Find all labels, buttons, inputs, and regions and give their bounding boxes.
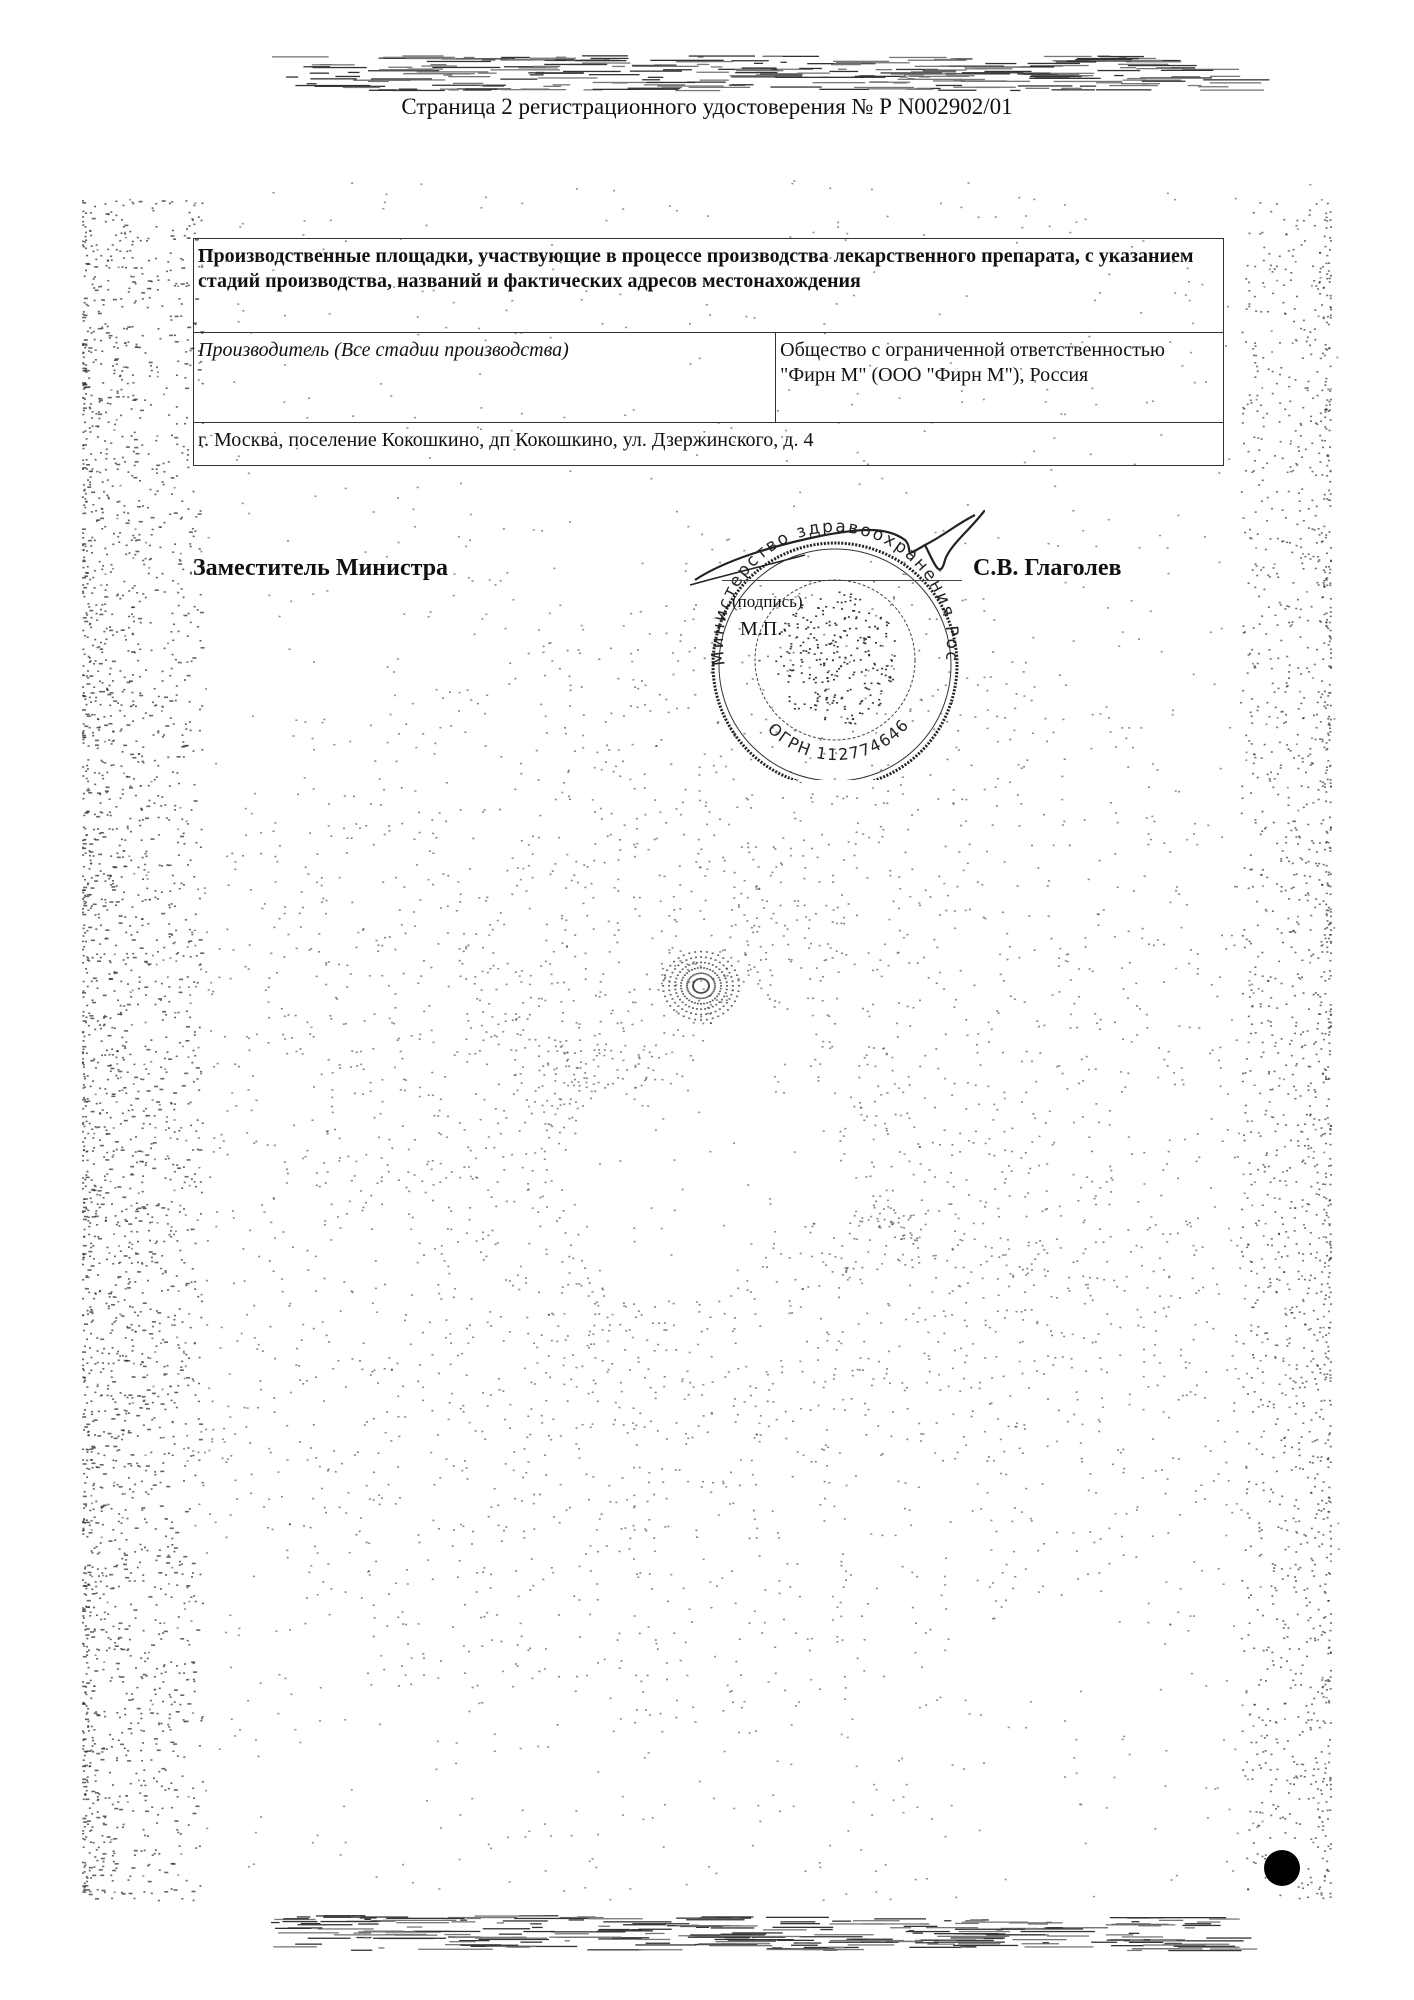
hole-punch-mark bbox=[1264, 1850, 1300, 1886]
table-row: Производитель (Все стадии производства) … bbox=[194, 333, 1224, 423]
signature-line bbox=[722, 580, 962, 581]
manufacturing-sites-table: Производственные площадки, участвующие в… bbox=[193, 238, 1224, 466]
signatory-title: Заместитель Министра bbox=[193, 555, 448, 582]
table-header-row: Производственные площадки, участвующие в… bbox=[194, 239, 1224, 333]
production-role-cell: Производитель (Все стадии производства) bbox=[194, 333, 776, 423]
signatory-name: С.В. Глаголев bbox=[973, 555, 1121, 582]
scan-noise-bottom bbox=[0, 1910, 1414, 1955]
company-name-cell: Общество с ограниченной ответственностью… bbox=[776, 333, 1224, 423]
table-address-row: г. Москва, поселение Кокошкино, дп Кокош… bbox=[194, 423, 1224, 466]
address-cell: г. Москва, поселение Кокошкино, дп Кокош… bbox=[194, 423, 1224, 466]
official-seal-stamp: Министерство здравоохранения Российской … bbox=[685, 510, 985, 780]
stamp-place-mark: М.П. bbox=[740, 618, 782, 641]
signature-caption: (подпись) bbox=[732, 592, 803, 612]
stamp-outer-text: Министерство здравоохранения Российской … bbox=[685, 510, 962, 667]
page-header: Страница 2 регистрационного удостоверени… bbox=[0, 94, 1414, 120]
table-header-cell: Производственные площадки, участвующие в… bbox=[194, 239, 1224, 333]
svg-text:Министерство здравоохранения Р: Министерство здравоохранения Российской … bbox=[685, 510, 962, 667]
scan-noise-top bbox=[0, 50, 1414, 95]
